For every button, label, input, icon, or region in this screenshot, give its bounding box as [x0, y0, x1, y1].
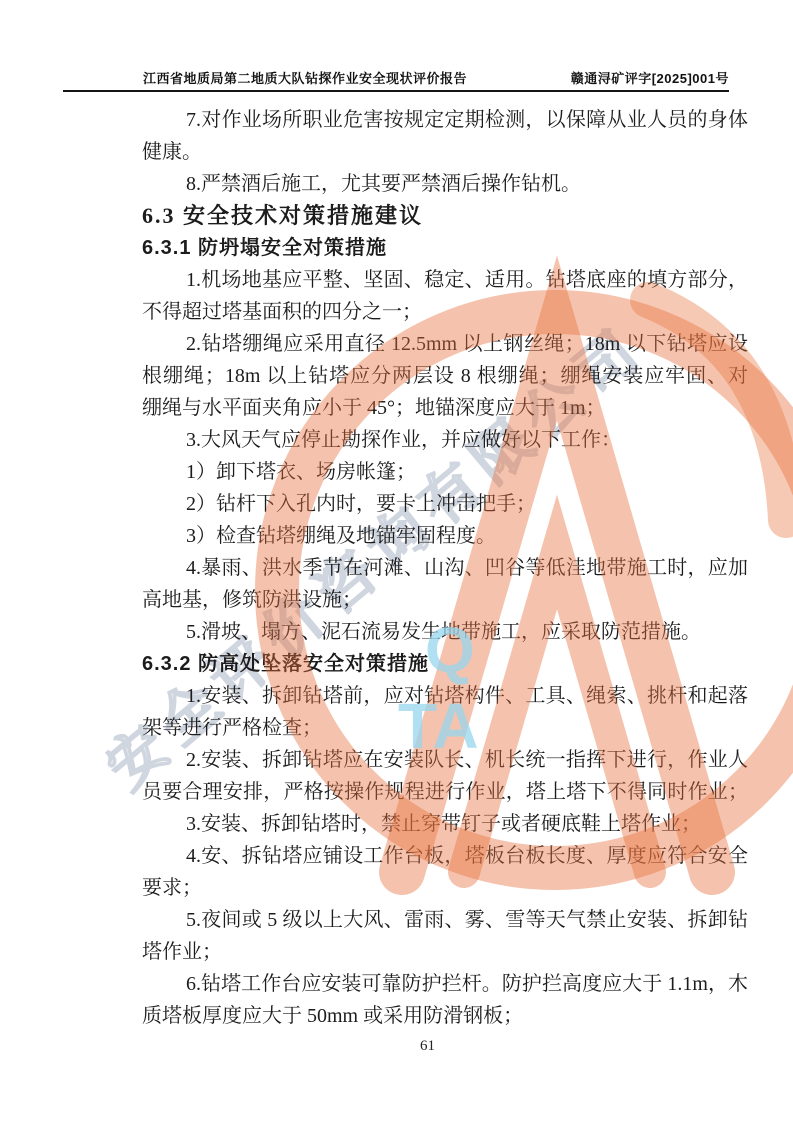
body-line: 5.夜间或 5 级以上大风、雷雨、雾、雪等天气禁止安装、拆卸钻 [142, 904, 748, 936]
body-line: 2.安装、拆卸钻塔应在安装队长、机长统一指挥下进行，作业人 [142, 744, 748, 776]
body-line: 员要合理安排，严格按操作规程进行作业，塔上塔下不得同时作业； [142, 776, 748, 808]
body-line: 1.安装、拆卸钻塔前，应对钻塔构件、工具、绳索、挑杆和起落 [142, 680, 748, 712]
body-line: 不得超过塔基面积的四分之一； [142, 296, 748, 328]
body-line: 4.安、拆钻塔应铺设工作台板，塔板台板长度、厚度应符合安全 [142, 840, 748, 872]
body-line: 健康。 [142, 136, 748, 168]
body-line: 2.钻塔绷绳应采用直径 12.5mm 以上钢丝绳；18m 以下钻塔应设 4 [142, 328, 748, 360]
header-report-title: 江西省地质局第二地质大队钻探作业安全现状评价报告 [143, 68, 467, 87]
page-number: 61 [420, 1038, 435, 1055]
body-line: 8.严禁酒后施工，尤其要严禁酒后操作钻机。 [142, 168, 748, 200]
body-line: 高地基，修筑防洪设施； [142, 584, 748, 616]
body-line: 3）检查钻塔绷绳及地锚牢固程度。 [142, 520, 748, 552]
document-body: 7.对作业场所职业危害按规定定期检测，以保障从业人员的身体健康。8.严禁酒后施工… [142, 104, 748, 1032]
body-line: 质塔板厚度应大于 50mm 或采用防滑钢板； [142, 1000, 748, 1032]
body-line: 3.安装、拆卸钻塔时，禁止穿带钉子或者硬底鞋上塔作业； [142, 808, 748, 840]
body-line: 5.滑坡、塌方、泥石流易发生地带施工，应采取防范措施。 [142, 616, 748, 648]
body-line: 7.对作业场所职业危害按规定定期检测，以保障从业人员的身体 [142, 104, 748, 136]
body-line: 1.机场地基应平整、坚固、稳定、适用。钻塔底座的填方部分， [142, 264, 748, 296]
header-divider-line [63, 90, 729, 92]
section-heading: 6.3 安全技术对策措施建议 [142, 200, 748, 232]
body-line: 2）钻杆下入孔内时，要卡上冲击把手； [142, 488, 748, 520]
body-line: 绷绳与水平面夹角应小于 45°；地锚深度应大于 1m； [142, 392, 748, 424]
body-line: 6.钻塔工作台应安装可靠防护拦杆。防护拦高度应大于 1.1m，木 [142, 968, 748, 1000]
document-page: 江西省地质局第二地质大队钻探作业安全现状评价报告 赣通浔矿评字[2025]001… [0, 0, 793, 1122]
section-heading: 6.3.1 防坍塌安全对策措施 [142, 232, 748, 264]
body-line: 塔作业； [142, 936, 748, 968]
body-line: 根绷绳；18m 以上钻塔应分两层设 8 根绷绳；绷绳安装应牢固、对称， [142, 360, 748, 392]
body-line: 1）卸下塔衣、场房帐篷； [142, 456, 748, 488]
body-line: 要求； [142, 872, 748, 904]
body-line: 4.暴雨、洪水季节在河滩、山沟、凹谷等低洼地带施工时，应加 [142, 552, 748, 584]
body-line: 架等进行严格检查； [142, 712, 748, 744]
section-heading: 6.3.2 防高处坠落安全对策措施 [142, 648, 748, 680]
header-doc-number: 赣通浔矿评字[2025]001号 [571, 68, 729, 87]
page-header: 江西省地质局第二地质大队钻探作业安全现状评价报告 赣通浔矿评字[2025]001… [63, 68, 729, 87]
body-line: 3.大风天气应停止勘探作业，并应做好以下工作： [142, 424, 748, 456]
